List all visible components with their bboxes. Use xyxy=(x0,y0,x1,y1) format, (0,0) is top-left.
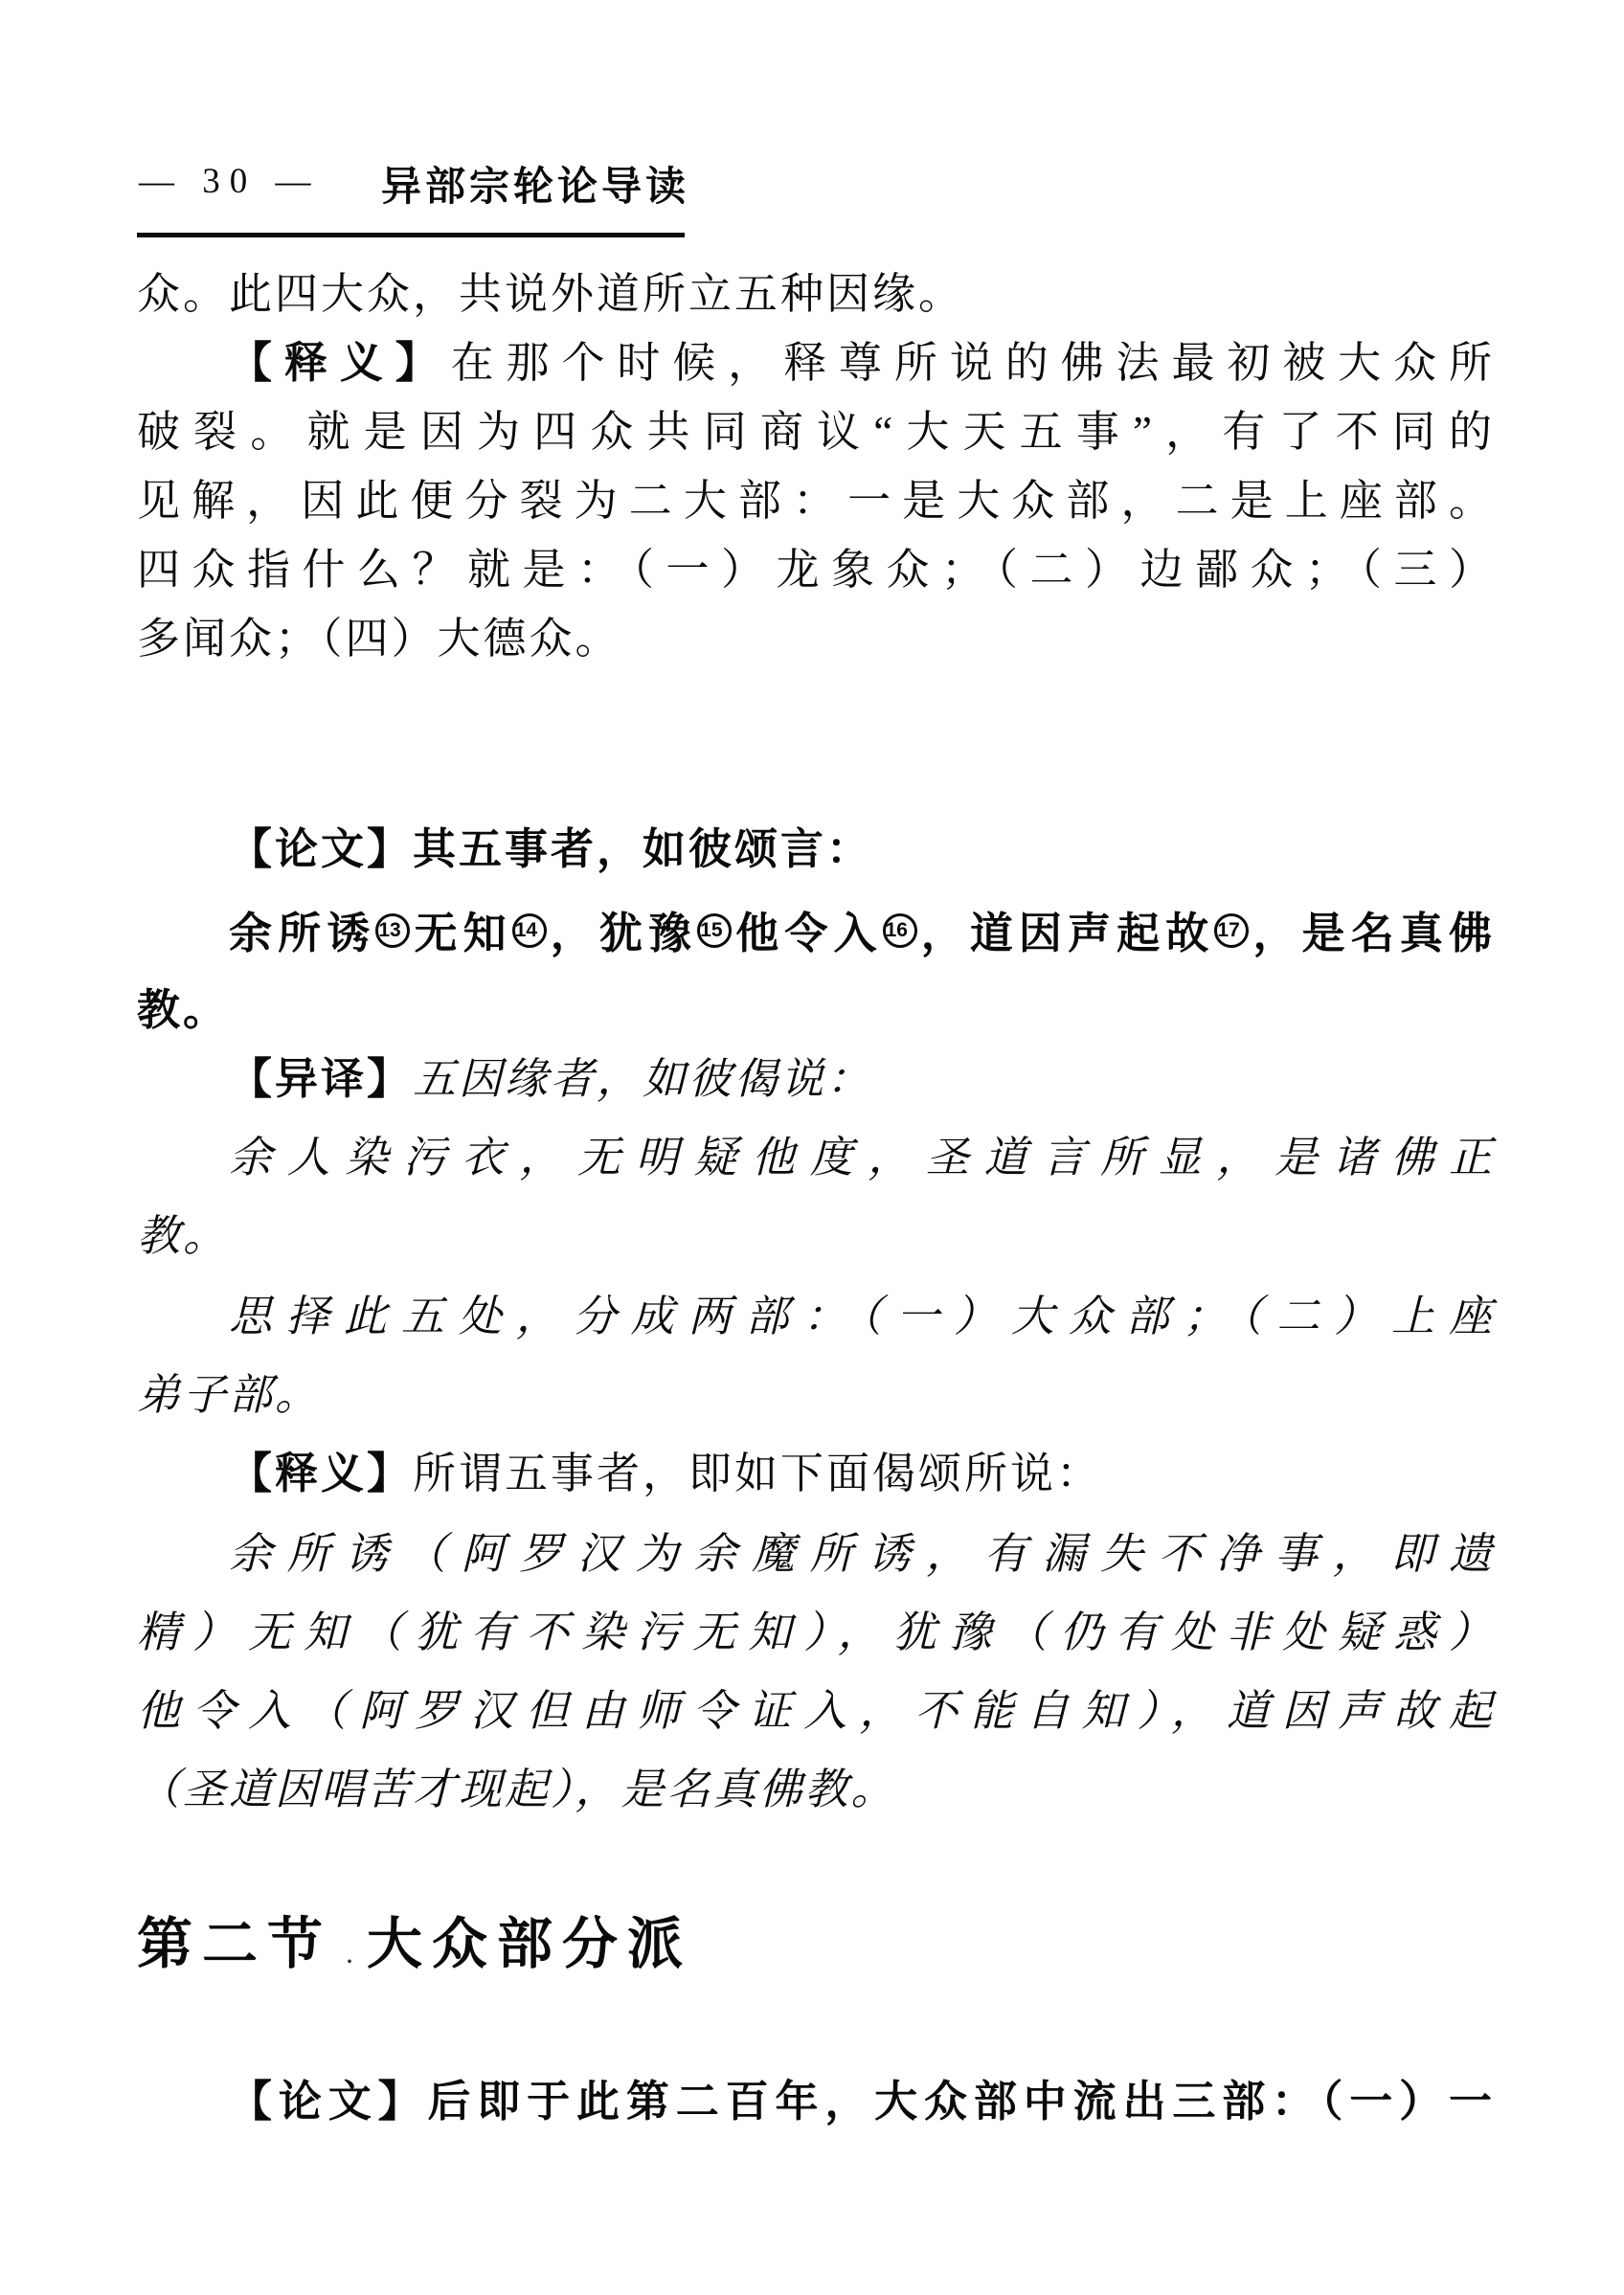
text-segment: 精）无知（犹有不染污无知），犹豫（仍有处非处疑惑） xyxy=(137,1609,1494,1656)
text-segment: 大众部分派 xyxy=(367,1913,692,1975)
text-segment: 【异译】 xyxy=(229,1055,413,1103)
body-line-4: 见解，因此便分裂为二大部：一是大众部，二是上座部。 xyxy=(137,475,1494,527)
footnote-marker: 13 xyxy=(375,913,410,948)
text-segment: 【释义】 xyxy=(229,339,451,387)
footnote-marker: 14 xyxy=(512,913,547,948)
text-segment: 余所诱（阿罗汉为余魔所诱，有漏失不净事，即遗 xyxy=(229,1530,1494,1578)
text-segment: 【论文】后即于此第二百年，大众部中流出三部：（一）一 xyxy=(229,2077,1494,2126)
text-segment: 五因缘者，如彼偈说： xyxy=(413,1055,872,1103)
body-line-1: 众。此四大众，共说外道所立五种因缘。 xyxy=(137,268,1494,320)
yiyi-line-5: 弟子部。 xyxy=(137,1369,1494,1421)
text-segment: 教。 xyxy=(137,1212,229,1260)
footnote-marker: 16 xyxy=(883,913,917,948)
shiyi-line-2: 余所诱（阿罗汉为余魔所诱，有漏失不净事，即遗 xyxy=(137,1528,1494,1580)
text-segment: 余人染污衣，无明疑他度，圣道言所显，是诸佛正 xyxy=(229,1134,1494,1181)
lunwen-line-1: 【论文】其五事者，如彼颂言： xyxy=(137,823,1494,875)
text-segment: 他令入 xyxy=(732,909,882,957)
text-segment: 在那个时候，释尊所说的佛法最初被大众所 xyxy=(451,339,1494,387)
page: — 30 — 异部宗轮论导读 众。此四大众，共说外道所立五种因缘。【释义】在那个… xyxy=(0,0,1624,2295)
body-line-2: 【释义】在那个时候，释尊所说的佛法最初被大众所 xyxy=(137,337,1494,389)
text-segment: 余所诱 xyxy=(229,909,375,957)
verse-line-2: 教。 xyxy=(137,984,1494,1036)
text-segment: ，犹豫 xyxy=(547,909,697,957)
yiyi-line-4: 思择此五处，分成两部：（一）大众部；（二）上座 xyxy=(137,1291,1494,1342)
text-segment: 【释义】 xyxy=(229,1450,413,1497)
text-segment: 第二节 xyxy=(137,1913,332,1975)
page-number: — 30 — xyxy=(139,161,321,202)
body-line-3: 破裂。就是因为四众共同商议“大天五事”，有了不同的 xyxy=(137,406,1494,458)
verse-line-1: 余所诱13无知14，犹豫15他令入16，道因声起故17，是名真佛 xyxy=(137,908,1494,959)
shiyi-line-3: 精）无知（犹有不染污无知），犹豫（仍有处非处疑惑） xyxy=(137,1607,1494,1658)
text-segment: 四众指什么？就是：（一）龙象众；（二）边鄙众；（三） xyxy=(137,546,1494,594)
body-line-6: 多闻众；（四）大德众。 xyxy=(137,613,1494,664)
yiyi-line-1: 【异译】五因缘者，如彼偈说： xyxy=(137,1053,1494,1105)
text-segment: . xyxy=(332,1935,367,1969)
text-segment: 【论文】其五事者，如彼颂言： xyxy=(229,824,872,873)
text-segment: 多闻众；（四）大德众。 xyxy=(137,615,621,663)
shiyi-line-4: 他令入（阿罗汉但由师令证入，不能自知），道因声故起 xyxy=(137,1685,1494,1737)
yiyi-line-2: 余人染污衣，无明疑他度，圣道言所显，是诸佛正 xyxy=(137,1132,1494,1183)
body-line-5: 四众指什么？就是：（一）龙象众；（二）边鄙众；（三） xyxy=(137,544,1494,596)
yiyi-line-3: 教。 xyxy=(137,1210,1494,1262)
text-segment: 见解，因此便分裂为二大部：一是大众部，二是上座部。 xyxy=(137,477,1494,525)
text-segment: 破裂。就是因为四众共同商议“大天五事”，有了不同的 xyxy=(137,408,1494,456)
footnote-marker: 17 xyxy=(1214,913,1249,948)
text-segment: ，是名真佛 xyxy=(1249,909,1494,957)
shiyi-line-1: 【释义】所谓五事者，即如下面偈颂所说： xyxy=(137,1448,1494,1499)
lunwen-line-2: 【论文】后即于此第二百年，大众部中流出三部：（一）一 xyxy=(137,2076,1494,2127)
text-segment: （圣道因唱苦才现起），是名真佛教。 xyxy=(137,1766,897,1813)
text-segment: 众。此四大众，共说外道所立五种因缘。 xyxy=(137,270,964,318)
text-segment: 无知 xyxy=(410,909,511,957)
text-segment: 弟子部。 xyxy=(137,1371,321,1419)
text-segment: 所谓五事者，即如下面偈颂所说： xyxy=(413,1450,1102,1497)
section-heading: 第二节.大众部分派 xyxy=(137,1911,1494,1978)
text-segment: 思择此五处，分成两部：（一）大众部；（二）上座 xyxy=(229,1293,1494,1340)
text-segment: 他令入（阿罗汉但由师令证入，不能自知），道因声故起 xyxy=(137,1687,1494,1735)
header-rule xyxy=(137,233,685,237)
text-segment: 教。 xyxy=(137,985,229,1034)
footnote-marker: 15 xyxy=(697,913,732,948)
shiyi-line-5: （圣道因唱苦才现起），是名真佛教。 xyxy=(137,1764,1494,1815)
running-head-book-title: 异部宗轮论导读 xyxy=(381,155,689,213)
text-segment: ，道因声起故 xyxy=(917,909,1215,957)
